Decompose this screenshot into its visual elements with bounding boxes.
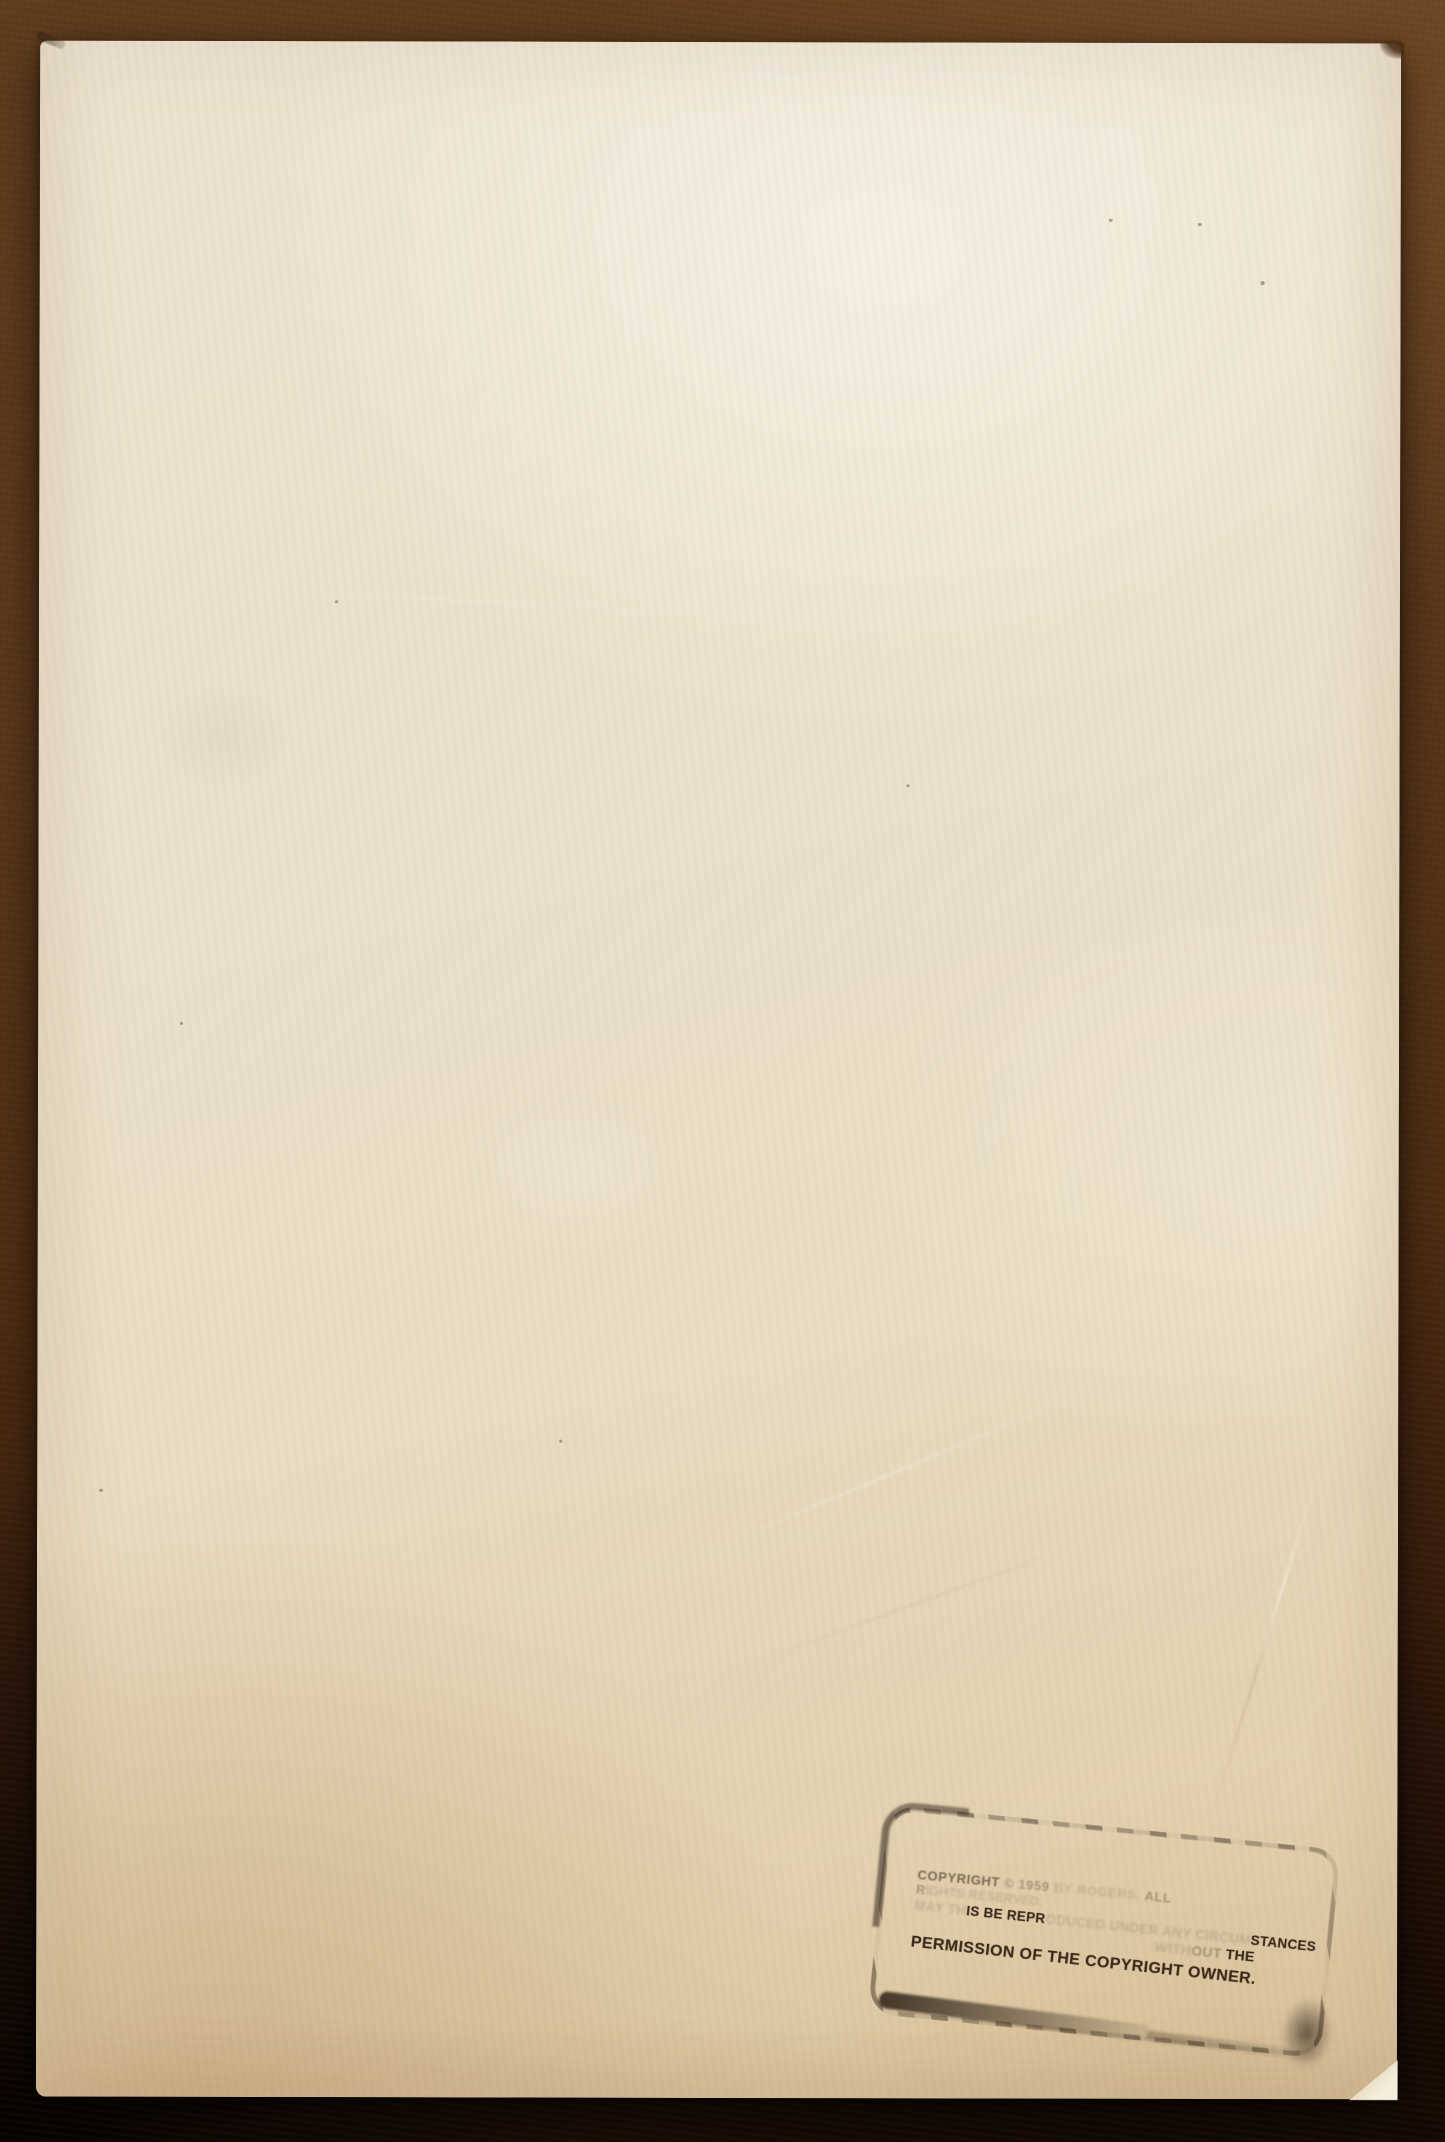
paper-speck [99, 1489, 103, 1492]
paper-crease [279, 590, 698, 615]
paper-crease [747, 1541, 1086, 1665]
stamp-text-segment: ALL [1144, 1888, 1172, 1905]
paper-speck [1198, 223, 1202, 226]
stamp-text-segment: OUT [1191, 1942, 1227, 1961]
stamp-text-segment: THE [1225, 1946, 1255, 1965]
paper-crease [1213, 1482, 1316, 1808]
stamp-text-segment: MAY TH [914, 1898, 967, 1918]
stamp-text: COPYRIGHT © 1959 BY ROGERS. ALLRIGHTS RE… [868, 1804, 1342, 2058]
paper-speck [1109, 219, 1113, 222]
paper-grain-texture [36, 41, 1401, 2100]
paper-corner-chip [1380, 40, 1404, 58]
photo-backdrop: COPYRIGHT © 1959 BY ROGERS. ALLRIGHTS RE… [0, 0, 1445, 2142]
paper-corner-nick [36, 30, 67, 50]
paper-speck [180, 1022, 183, 1025]
paper-corner-fold [1346, 2056, 1398, 2100]
stamp-text-segment: WITH [1154, 1939, 1192, 1959]
photo-paper-back: COPYRIGHT © 1959 BY ROGERS. ALLRIGHTS RE… [36, 41, 1401, 2100]
paper-stain [149, 681, 299, 791]
paper-highlight [468, 1101, 688, 1241]
paper-speck [335, 600, 338, 603]
paper-speck [559, 1440, 562, 1443]
paper-crease [694, 1389, 1091, 1558]
copyright-stamp: COPYRIGHT © 1959 BY ROGERS. ALLRIGHTS RE… [868, 1804, 1342, 2058]
paper-speck [907, 784, 910, 787]
paper-speck [1261, 281, 1265, 285]
